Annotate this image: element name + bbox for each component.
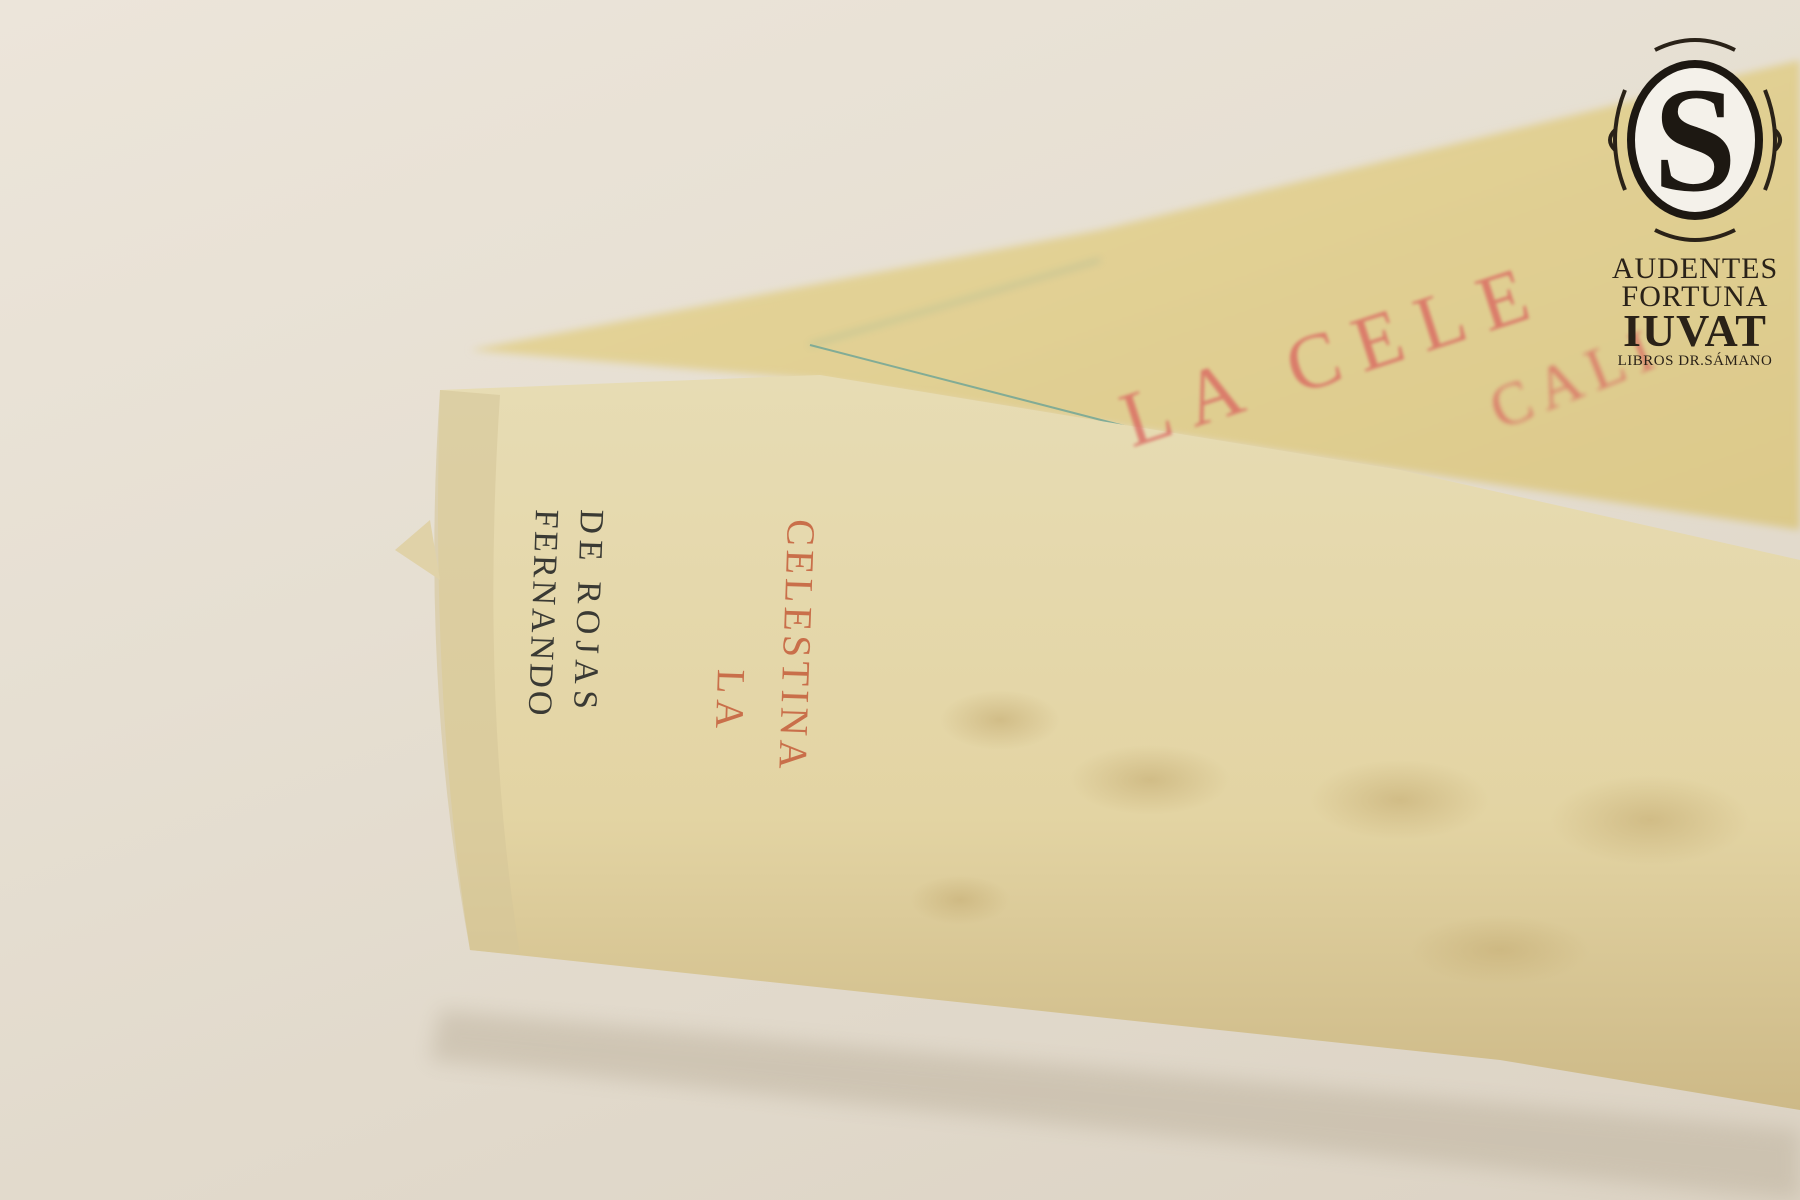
photo-scene: LA CELE CALI FERNANDO DE ROJAS LA CELEST… xyxy=(0,0,1800,1200)
watermark-logo: S AUDENTES FORTUNA IUVAT LIBROS DR.SÁMAN… xyxy=(1590,30,1800,368)
svg-text:S: S xyxy=(1653,57,1736,223)
watermark-line1: AUDENTES xyxy=(1590,255,1800,283)
spine-author-line2: DE ROJAS xyxy=(565,509,610,716)
spine-title-line1: LA xyxy=(706,668,755,735)
monogram-s-icon: S xyxy=(1595,30,1795,250)
watermark-line3: IUVAT xyxy=(1590,310,1800,352)
spine-author-line1: FERNANDO xyxy=(520,509,565,719)
spine-title-line2: CELESTINA xyxy=(769,518,825,773)
watermark-line4: LIBROS DR.SÁMANO xyxy=(1590,355,1800,369)
book-illustration xyxy=(0,0,1800,1200)
